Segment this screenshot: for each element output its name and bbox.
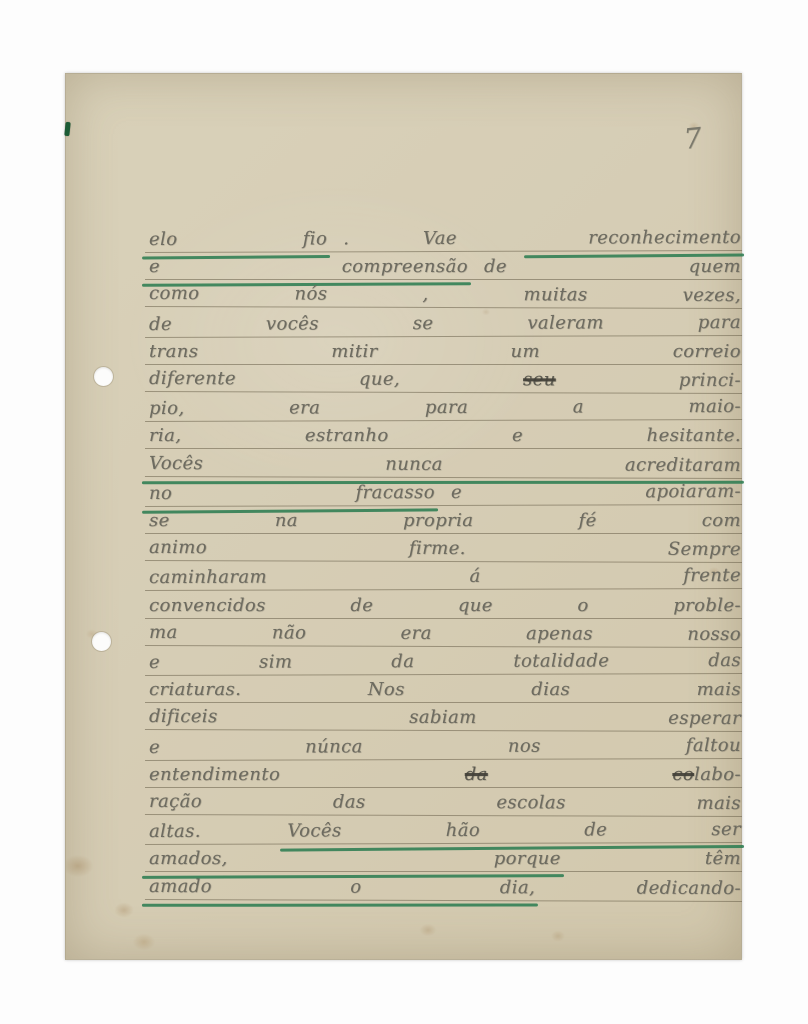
handwritten-word: que, (359, 371, 400, 392)
handwritten-word: era (289, 400, 320, 421)
handwritten-word: ser (711, 821, 741, 842)
scan-background: 7 elofio.Vaereconhecimentoecompreensãode… (0, 0, 808, 1024)
manuscript-line: convencidosdequeoproble- (149, 591, 741, 618)
handwritten-word: com (702, 512, 741, 533)
phrase: manãoeraapenasnosso (149, 624, 741, 647)
handwritten-word: trans (149, 343, 198, 364)
handwritten-word: de (350, 597, 373, 618)
phrase: diferenteque,seuprinci- (149, 370, 741, 393)
handwritten-word: amado (149, 878, 212, 899)
handwritten-word: mitir (331, 343, 377, 364)
phrase: Vae (423, 230, 515, 251)
handwritten-word: . (343, 230, 349, 251)
manuscript-line: pio,eraparaamaio- (149, 392, 741, 421)
handwritten-word: um (510, 343, 539, 364)
manuscript-line: criaturas.Nosdiasmais (149, 675, 741, 702)
phrase: . (343, 230, 407, 251)
handwritten-word: porque (494, 850, 561, 871)
manuscript-line: Vocêsnuncaacreditaram (149, 449, 741, 478)
handwritten-word: entendimento (149, 766, 280, 787)
underlined-phrase: ecompreensão (149, 258, 468, 279)
handwritten-word: nosso (687, 626, 741, 647)
phrase: comonós,muitasvezes, (149, 285, 741, 308)
handwritten-word: e (149, 258, 160, 279)
handwritten-word: o (350, 878, 361, 899)
handwritten-word: dia, (500, 879, 535, 900)
handwritten-word: vocês (266, 315, 319, 336)
handwritten-word: altas. (149, 823, 201, 844)
handwritten-word: criaturas. (149, 681, 241, 702)
word-letters: labo- (694, 764, 741, 785)
handwritten-word: a (573, 399, 584, 420)
handwritten-word: e (512, 427, 523, 448)
manuscript-line: enúncanosfaltou (149, 731, 741, 760)
handwritten-word: era (401, 625, 432, 646)
underlined-phrase: reconhecimento (531, 229, 742, 251)
phrase: esimdatotalidadedas (149, 652, 741, 675)
manuscript-line: ria,estranhoehesitante. (149, 421, 741, 448)
handwritten-word: correio (673, 343, 741, 364)
handwritten-word: ma (149, 624, 178, 645)
punch-hole-top (94, 367, 113, 386)
manuscript-page: 7 elofio.Vaereconhecimentoecompreensãode… (65, 73, 742, 960)
phrase: devocêssevalerampara (149, 314, 741, 337)
manuscript-line: comonós,muitasvezes, (149, 279, 741, 308)
handwritten-word: sim (259, 654, 292, 675)
underlined-phrase: elofio (149, 230, 327, 252)
handwritten-word: Nos (368, 681, 405, 702)
handwritten-word: apoiaram- (645, 483, 741, 504)
phrase: eapoiaram- (451, 483, 741, 505)
handwritten-word: totalidade (513, 652, 609, 673)
handwritten-word: firme. (409, 540, 466, 561)
handwritten-word: fé (579, 512, 597, 533)
handwritten-word: muitas (524, 287, 588, 308)
handwritten-word: da (465, 766, 488, 787)
handwritten-word: diferente (149, 370, 236, 391)
handwritten-word: elo (149, 231, 178, 252)
handwritten-word: mais (697, 795, 741, 816)
handwritten-word: amados, (149, 850, 228, 871)
handwritten-word: no (149, 485, 172, 506)
handwritten-word: de (584, 822, 607, 843)
handwritten-word: têm (705, 850, 741, 871)
manuscript-line: transmitirumcorreio (149, 337, 741, 364)
handwritten-word: e (149, 654, 160, 675)
phrase: criaturas.Nosdiasmais (149, 681, 741, 702)
manuscript-line: esimdatotalidadedas (149, 646, 741, 675)
underlined-phrase: amadoodia, (149, 878, 535, 900)
handwritten-word: proble- (673, 597, 741, 618)
green-edge-mark (64, 122, 70, 136)
handwritten-word: nos (508, 737, 541, 758)
handwritten-word: núnca (305, 738, 363, 759)
handwritten-word: á (469, 568, 480, 589)
underlined-phrase: nofracasso (149, 484, 435, 506)
phrase: animofirme.Sempre (149, 539, 741, 562)
handwritten-word: Vocês (149, 455, 203, 476)
manuscript-line: caminharamáfrente (149, 561, 741, 590)
handwritten-word: seu (523, 371, 556, 392)
handwritten-word: convencidos (149, 597, 266, 618)
manuscript-line: raçãodasescolasmais (149, 787, 741, 816)
handwritten-word: colabo- (672, 766, 741, 787)
handwritten-word: das (333, 794, 366, 815)
phrase: dequem (484, 258, 741, 279)
handwritten-word: frente (683, 567, 741, 588)
handwritten-word: não (272, 624, 306, 645)
handwritten-word: apenas (526, 625, 593, 646)
handwritten-word: hesitante. (647, 427, 741, 448)
manuscript-line: dificeissabiamesperar (149, 702, 741, 731)
handwritten-word: Vae (423, 230, 457, 251)
manuscript-line: manãoeraapenasnosso (149, 618, 741, 647)
handwritten-word: Sempre (668, 541, 741, 562)
handwritten-word: o (577, 597, 588, 618)
handwritten-word: animo (149, 539, 207, 560)
page-number: 7 (682, 121, 703, 156)
handwritten-word: e (149, 739, 160, 760)
phrase: senapropriafécom (149, 512, 741, 533)
handwritten-word: estranho (305, 427, 389, 448)
handwritten-word: dificeis (149, 708, 218, 729)
handwritten-word: vezes, (683, 287, 741, 308)
manuscript-line: diferenteque,seuprinci- (149, 364, 741, 393)
handwritten-word: quem (689, 258, 741, 279)
handwritten-word: de (149, 316, 172, 337)
manuscript-line: amados,porquetêm (149, 844, 741, 871)
manuscript-line: senapropriafécom (149, 506, 741, 533)
handwritten-word: fracasso (356, 484, 435, 505)
phrase: pio,eraparaamaio- (149, 398, 741, 421)
phrase: ria,estranhoehesitante. (149, 427, 741, 448)
struck-letters: co (672, 764, 694, 785)
manuscript-line: animofirme.Sempre (149, 533, 741, 562)
underlined-phrase: Vocêsnuncaacreditaram (149, 455, 741, 478)
phrase: raçãodasescolasmais (149, 793, 741, 816)
handwritten-word: das (708, 652, 741, 673)
manuscript-line: amadoodia,dedicando- (149, 872, 741, 901)
handwritten-word: valeram (527, 314, 604, 335)
punch-hole-bottom (92, 632, 111, 651)
handwritten-word: fio (303, 230, 328, 251)
handwritten-word: ração (149, 793, 202, 814)
handwritten-word: dedicando- (637, 879, 741, 900)
handwritten-word: mais (697, 681, 741, 702)
handwritten-word: princi- (679, 372, 741, 393)
handwritten-word: nunca (385, 455, 443, 476)
phrase: caminharamáfrente (149, 567, 741, 590)
manuscript-line: devocêssevalerampara (149, 308, 741, 337)
handwritten-word: como (149, 285, 200, 306)
manuscript-line: nofracassoeapoiaram- (149, 477, 741, 506)
handwritten-word: nós (294, 286, 327, 307)
handwritten-word: e (451, 484, 462, 505)
manuscript-line: elofio.Vaereconhecimento (149, 223, 741, 252)
handwritten-word: de (484, 258, 507, 279)
handwritten-word: reconhecimento (588, 229, 741, 251)
phrase: entendimentodacolabo- (149, 766, 741, 787)
handwritten-word: se (413, 315, 434, 336)
handwritten-word: compreensão (342, 258, 468, 279)
handwritten-word: maio- (688, 398, 741, 419)
handwritten-word: que (458, 597, 493, 618)
manuscript-line: altas.Vocêshãodeser (149, 815, 741, 844)
handwritten-word: na (275, 512, 298, 533)
handwritten-word: dias (531, 681, 570, 702)
handwritten-word: Vocês (287, 823, 341, 844)
phrase: têm (577, 850, 741, 871)
manuscript-line: entendimentodacolabo- (149, 760, 741, 787)
handwritten-word: esperar (668, 710, 741, 731)
phrase: convencidosdequeoproble- (149, 597, 741, 618)
handwritten-word: para (698, 314, 741, 335)
handwritten-word: acreditaram (625, 456, 741, 477)
handwritten-word: hão (446, 822, 480, 843)
handwritten-word: se (149, 512, 170, 533)
handwritten-word: escolas (496, 794, 565, 815)
phrase: dedicando- (551, 879, 741, 901)
handwritten-word: para (425, 399, 468, 420)
phrase: enúncanosfaltou (149, 737, 741, 760)
underlined-phrase: Vocêshãodeser (287, 821, 741, 844)
underlined-phrase: amados,porque (149, 850, 561, 871)
handwritten-word: propria (403, 512, 473, 533)
handwritten-word: sabiam (409, 709, 477, 730)
handwritten-word: pio, (149, 400, 185, 421)
phrase: altas. (149, 823, 271, 844)
phrase: transmitirumcorreio (149, 343, 741, 364)
phrase: dificeissabiamesperar (149, 708, 741, 731)
handwritten-word: faltou (686, 737, 741, 758)
handwritten-word: ria, (149, 427, 181, 448)
handwritten-word: , (422, 286, 428, 307)
handwritten-word: da (391, 653, 414, 674)
manuscript-line: ecompreensãodequem (149, 252, 741, 279)
handwritten-word: caminharam (149, 569, 267, 590)
